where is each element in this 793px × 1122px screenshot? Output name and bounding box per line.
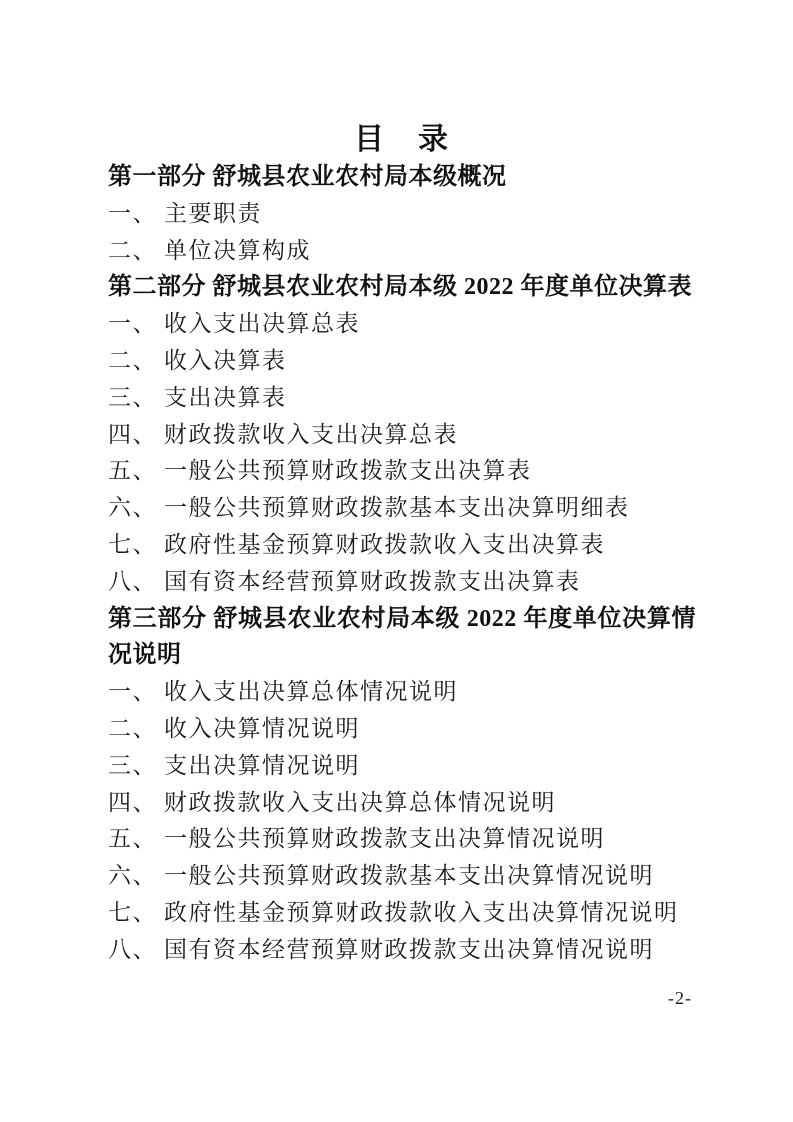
toc-entry: 二、收入决算情况说明 xyxy=(108,711,696,748)
toc-entry: 一、收入支出决算总体情况说明 xyxy=(108,674,696,711)
toc-entry-label: 单位决算构成 xyxy=(164,238,311,263)
toc-entry-number: 八、 xyxy=(108,569,157,594)
toc-entry-number: 四、 xyxy=(108,422,157,447)
toc-entry-label: 一般公共预算财政拨款基本支出决算情况说明 xyxy=(164,863,654,888)
toc-entry-label: 国有资本经营预算财政拨款支出决算表 xyxy=(164,569,581,594)
section-1-heading: 第一部分 舒城县农业农村局本级概况 xyxy=(108,159,696,196)
toc-entry-number: 七、 xyxy=(108,900,157,925)
toc-entry-label: 国有资本经营预算财政拨款支出决算情况说明 xyxy=(164,937,654,962)
toc-entry: 四、财政拨款收入支出决算总体情况说明 xyxy=(108,785,696,822)
toc-entry: 三、支出决算表 xyxy=(108,380,696,417)
section-2-heading: 第二部分 舒城县农业农村局本级 2022 年度单位决算表 xyxy=(108,269,696,306)
toc-entry: 五、一般公共预算财政拨款支出决算情况说明 xyxy=(108,821,696,858)
toc-entry-number: 二、 xyxy=(108,348,157,373)
toc-entry-number: 一、 xyxy=(108,311,157,336)
toc-entry-label: 收入支出决算总表 xyxy=(164,311,360,336)
toc-entry-label: 支出决算表 xyxy=(164,385,287,410)
toc-entry-number: 五、 xyxy=(108,826,157,851)
toc-entry-label: 一般公共预算财政拨款支出决算表 xyxy=(164,458,532,483)
toc-entry-number: 三、 xyxy=(108,385,157,410)
toc-entry: 二、收入决算表 xyxy=(108,343,696,380)
toc-entry: 七、政府性基金预算财政拨款收入支出决算表 xyxy=(108,527,696,564)
page-number: -2- xyxy=(668,988,692,1009)
toc-entry-label: 收入决算表 xyxy=(164,348,287,373)
toc-entry-number: 一、 xyxy=(108,201,157,226)
toc-entry: 六、一般公共预算财政拨款基本支出决算明细表 xyxy=(108,490,696,527)
toc-entry-number: 二、 xyxy=(108,716,157,741)
toc-entry-label: 收入支出决算总体情况说明 xyxy=(164,679,458,704)
toc-entry-label: 一般公共预算财政拨款基本支出决算明细表 xyxy=(164,495,630,520)
toc-entry-label: 一般公共预算财政拨款支出决算情况说明 xyxy=(164,826,605,851)
toc-entry-label: 支出决算情况说明 xyxy=(164,753,360,778)
toc-entry-label: 政府性基金预算财政拨款收入支出决算情况说明 xyxy=(164,900,679,925)
toc-entry-label: 收入决算情况说明 xyxy=(164,716,360,741)
toc-entry-number: 一、 xyxy=(108,679,157,704)
toc-entry-number: 三、 xyxy=(108,753,157,778)
page-title: 目 录 xyxy=(108,121,696,159)
toc-entry: 八、国有资本经营预算财政拨款支出决算表 xyxy=(108,564,696,601)
toc-entry: 三、支出决算情况说明 xyxy=(108,748,696,785)
toc-entry: 四、财政拨款收入支出决算总表 xyxy=(108,417,696,454)
toc-entry-number: 六、 xyxy=(108,495,157,520)
toc-entry: 二、单位决算构成 xyxy=(108,233,696,270)
toc-content: 目 录 第一部分 舒城县农业农村局本级概况 一、主要职责 二、单位决算构成 第二… xyxy=(108,121,696,969)
toc-entry-number: 二、 xyxy=(108,238,157,263)
toc-entry-label: 财政拨款收入支出决算总体情况说明 xyxy=(164,790,556,815)
toc-entry-label: 政府性基金预算财政拨款收入支出决算表 xyxy=(164,532,605,557)
toc-entry: 七、政府性基金预算财政拨款收入支出决算情况说明 xyxy=(108,895,696,932)
toc-entry-number: 五、 xyxy=(108,458,157,483)
toc-entry: 八、国有资本经营预算财政拨款支出决算情况说明 xyxy=(108,932,696,969)
toc-entry-label: 主要职责 xyxy=(164,201,262,226)
section-3-heading: 第三部分 舒城县农业农村局本级 2022 年度单位决算情况说明 xyxy=(108,601,696,675)
toc-entry: 一、主要职责 xyxy=(108,196,696,233)
document-page: 目 录 第一部分 舒城县农业农村局本级概况 一、主要职责 二、单位决算构成 第二… xyxy=(0,0,793,1122)
toc-entry-number: 六、 xyxy=(108,863,157,888)
toc-entry-label: 财政拨款收入支出决算总表 xyxy=(164,422,458,447)
toc-entry-number: 七、 xyxy=(108,532,157,557)
toc-entry-number: 四、 xyxy=(108,790,157,815)
toc-entry: 一、收入支出决算总表 xyxy=(108,306,696,343)
toc-entry: 六、一般公共预算财政拨款基本支出决算情况说明 xyxy=(108,858,696,895)
toc-entry: 五、一般公共预算财政拨款支出决算表 xyxy=(108,453,696,490)
toc-entry-number: 八、 xyxy=(108,937,157,962)
